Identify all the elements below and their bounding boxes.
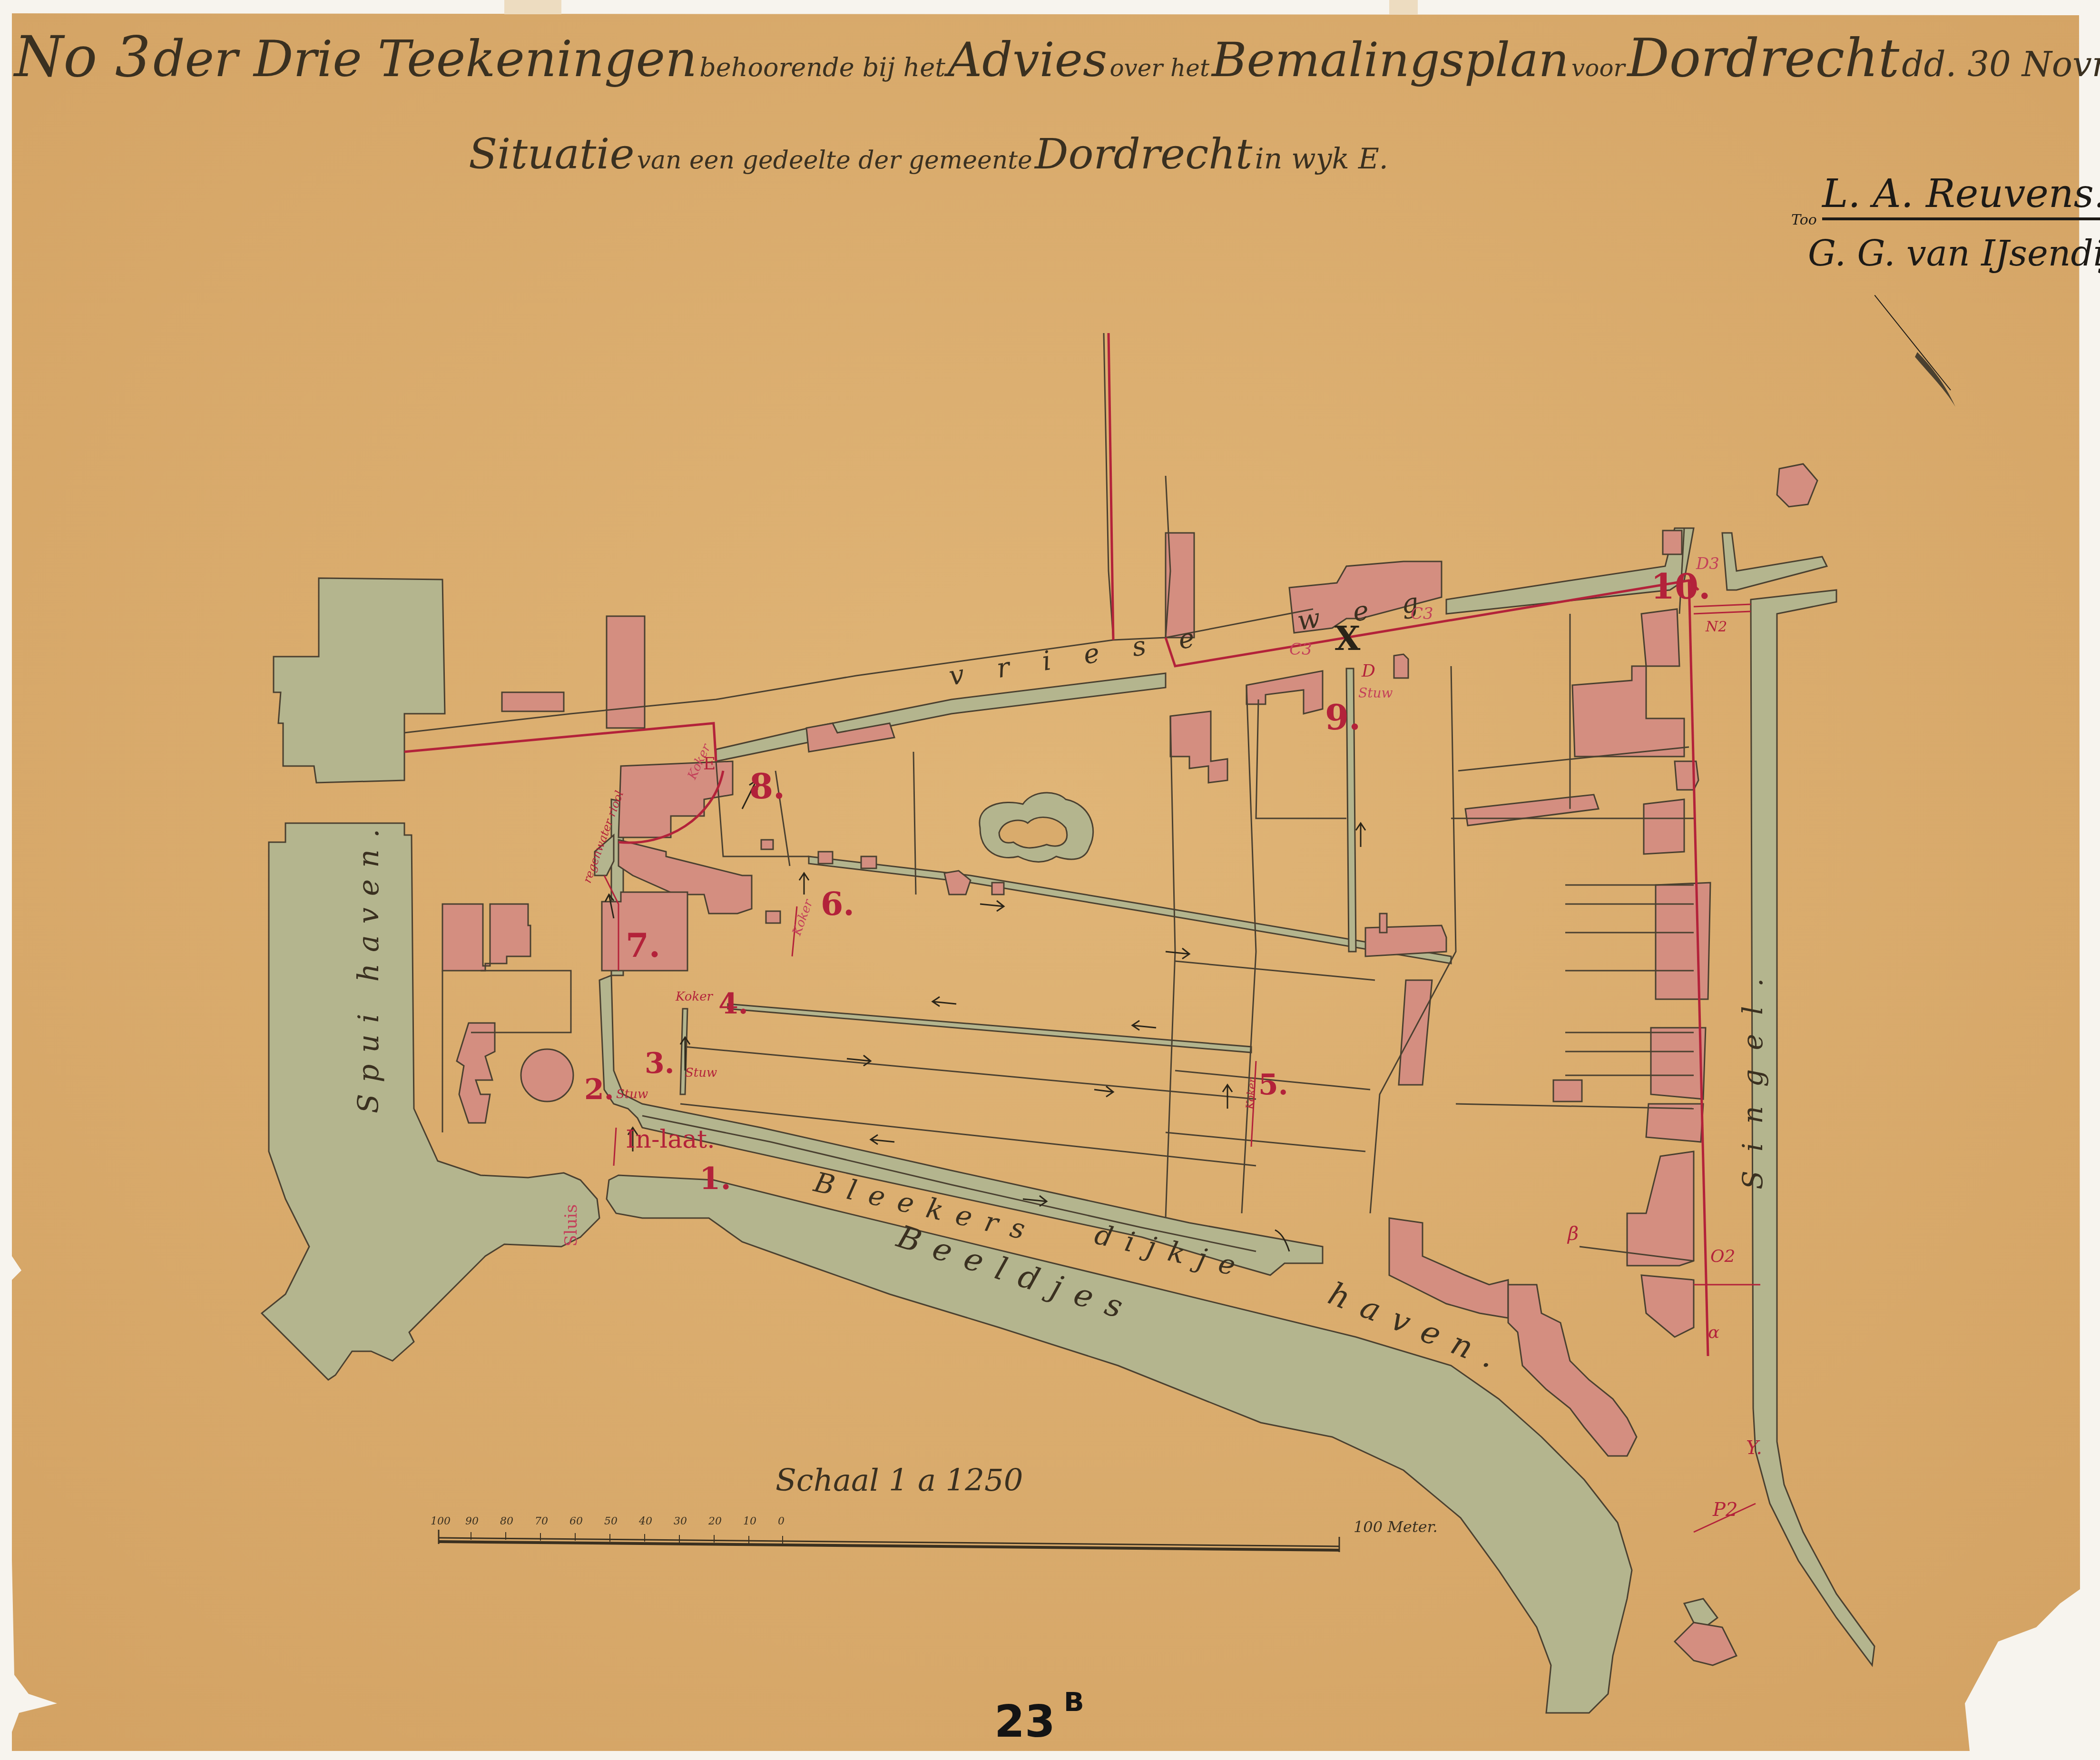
map-sheet — [0, 0, 2100, 1760]
channel-9 — [1346, 669, 1356, 952]
